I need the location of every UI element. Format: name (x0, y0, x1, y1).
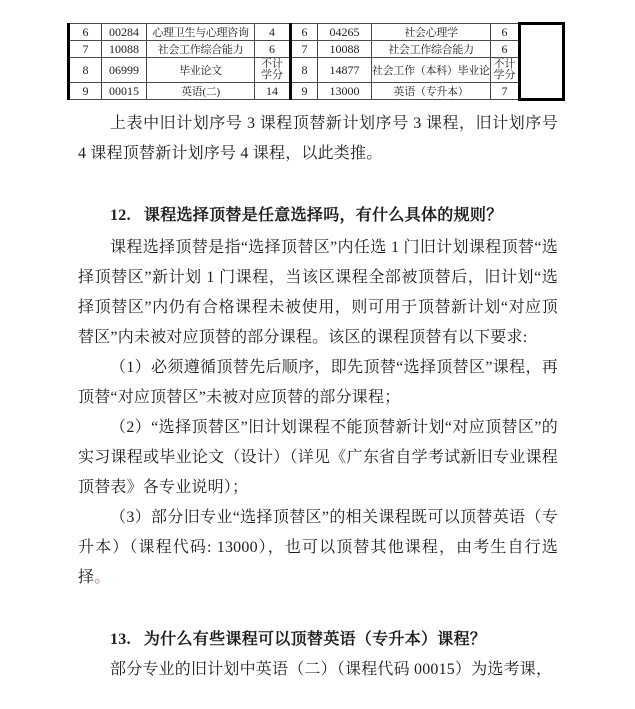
q13-intro-paragraph: 部分专业的旧计划中英语（二）（课程代码 00015）为选考课， (78, 655, 558, 685)
table-row: 6 00284 心理卫生与心理咨询 4 6 04265 社会心理学 6 (69, 24, 564, 41)
new-seq-cell: 9 (291, 83, 318, 100)
old-seq-cell: 6 (69, 24, 102, 41)
old-credit-cell: 14 (255, 83, 291, 100)
old-code-cell: 10088 (102, 41, 147, 58)
old-code-cell: 00015 (102, 83, 147, 100)
question-12-heading: 12.课程选择顶替是任意选择吗，有什么具体的规则？ (78, 201, 558, 231)
new-credit-cell: 不计学分 (491, 58, 520, 83)
old-credit-cell: 不计学分 (255, 58, 291, 83)
question-12-title: 课程选择顶替是任意选择吗，有什么具体的规则？ (144, 207, 503, 224)
new-code-cell: 10088 (318, 41, 372, 58)
q12-intro-paragraph: 课程选择顶替是指“选择顶替区”内任选 1 门旧计划课程顶替“选择顶替区”新计划 … (78, 233, 558, 353)
new-seq-cell: 6 (291, 24, 318, 41)
old-code-cell: 00284 (102, 24, 147, 41)
old-credit-cell: 6 (255, 41, 291, 58)
old-code-cell: 06999 (102, 58, 147, 83)
new-seq-cell: 7 (291, 41, 318, 58)
table-row: 7 10088 社会工作综合能力 6 7 10088 社会工作综合能力 6 (69, 41, 564, 58)
new-code-cell: 13000 (318, 83, 372, 100)
no-credit-label: 不计学分 (259, 59, 285, 81)
note-cell (520, 24, 564, 100)
question-13-heading: 13.为什么有些课程可以顶替英语（专升本）课程？ (78, 625, 558, 655)
new-course-cell: 社会工作综合能力 (372, 41, 491, 58)
no-credit-label: 不计学分 (492, 59, 518, 81)
new-seq-cell: 8 (291, 58, 318, 83)
q12-rule1-paragraph: （1）必须遵循顶替先后顺序，即先顶替“选择顶替区”课程，再顶替“对应顶替区”未被… (78, 353, 558, 413)
document-body: 上表中旧计划序号 3 课程顶替新计划序号 3 课程，旧计划序号 4 课程顶替新计… (78, 109, 558, 685)
old-course-cell: 毕业论文 (147, 58, 255, 83)
new-credit-cell: 6 (491, 41, 520, 58)
course-substitution-table: 6 00284 心理卫生与心理咨询 4 6 04265 社会心理学 6 7 10… (67, 22, 565, 101)
old-course-cell: 心理卫生与心理咨询 (147, 24, 255, 41)
old-seq-cell: 7 (69, 41, 102, 58)
question-12-number: 12. (110, 207, 131, 224)
new-course-cell: 社会工作（本科）毕业论文 (372, 58, 491, 83)
q12-rule2-paragraph: （2）“选择顶替区”旧计划课程不能顶替新计划“对应顶替区”的实习课程或毕业论文（… (78, 413, 558, 503)
new-code-cell: 04265 (318, 24, 372, 41)
old-course-cell: 英语(二) (147, 83, 255, 100)
new-credit-cell: 6 (491, 24, 520, 41)
table-row: 9 00015 英语(二) 14 9 13000 英语（专升本） 7 (69, 83, 564, 100)
q12-rule3-paragraph: （3）部分旧专业“选择顶替区”的相关课程既可以顶替英语（专升本）（课程代码: 1… (78, 503, 558, 593)
new-course-cell: 社会心理学 (372, 24, 491, 41)
new-code-cell: 14877 (318, 58, 372, 83)
old-course-cell: 社会工作综合能力 (147, 41, 255, 58)
table-row: 8 06999 毕业论文 不计学分 8 14877 社会工作（本科）毕业论文 不… (69, 58, 564, 83)
new-credit-cell: 7 (491, 83, 520, 100)
q12-rule3-text: （3）部分旧专业“选择顶替区”的相关课程既可以顶替英语（专升本）（课程代码: 1… (78, 509, 558, 586)
old-seq-cell: 9 (69, 83, 102, 100)
old-seq-cell: 8 (69, 58, 102, 83)
question-13-title: 为什么有些课程可以顶替英语（专升本）课程？ (144, 631, 486, 648)
table-note-paragraph: 上表中旧计划序号 3 课程顶替新计划序号 3 课程，旧计划序号 4 课程顶替新计… (78, 109, 558, 169)
q12-rule3-period: 。 (94, 569, 110, 586)
question-13-number: 13. (110, 631, 131, 648)
new-course-cell: 英语（专升本） (372, 83, 491, 100)
old-credit-cell: 4 (255, 24, 291, 41)
document-page: 6 00284 心理卫生与心理咨询 4 6 04265 社会心理学 6 7 10… (0, 0, 635, 709)
